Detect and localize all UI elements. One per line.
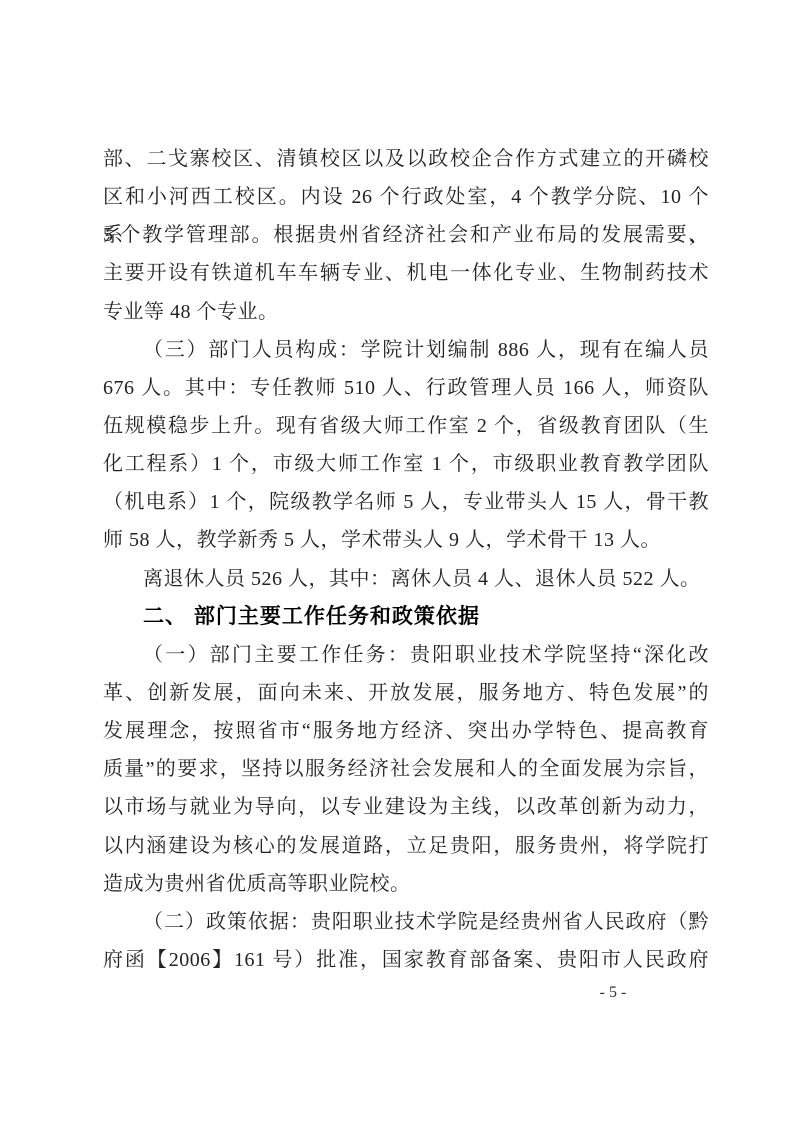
text-line: 专业等 48 个专业。 <box>103 293 709 331</box>
text-line: 676 人。其中：专任教师 510 人、行政管理人员 166 人，师资队 <box>103 369 709 407</box>
text-line: 离退休人员 526 人，其中：离休人员 4 人、退休人员 522 人。 <box>103 560 709 598</box>
text-line: 发展理念，按照省市“服务地方经济、突出办学特色、提高教育 <box>103 712 709 750</box>
text-line: 伍规模稳步上升。现有省级大师工作室 2 个，省级教育团队（生 <box>103 407 709 445</box>
text-line: 部、二戈寨校区、清镇校区以及以政校企合作方式建立的开磷校 <box>103 140 709 178</box>
page-number: - 5 - <box>563 984 663 1002</box>
text-line: （三）部门人员构成：学院计划编制 886 人，现有在编人员 <box>103 331 709 369</box>
text-line: 5 个教学管理部。根据贵州省经济社会和产业布局的发展需要， <box>103 216 709 254</box>
text-line: （机电系）1 个，院级教学名师 5 人，专业带头人 15 人，骨干教 <box>103 483 709 521</box>
document-page: 部、二戈寨校区、清镇校区以及以政校企合作方式建立的开磷校区和小河西工校区。内设 … <box>0 0 793 1122</box>
text-line: 以内涵建设为核心的发展道路，立足贵阳，服务贵州，将学院打 <box>103 827 709 865</box>
text-line: 造成为贵州省优质高等职业院校。 <box>103 865 709 903</box>
text-line: 主要开设有铁道机车车辆专业、机电一体化专业、生物制药技术 <box>103 254 709 292</box>
text-line: 区和小河西工校区。内设 26 个行政处室，4 个教学分院、10 个系、 <box>103 178 709 216</box>
text-line: （一）部门主要工作任务：贵阳职业技术学院坚持“深化改 <box>103 636 709 674</box>
document-body: 部、二戈寨校区、清镇校区以及以政校企合作方式建立的开磷校区和小河西工校区。内设 … <box>103 140 709 979</box>
text-line: 化工程系）1 个，市级大师工作室 1 个，市级职业教育教学团队 <box>103 445 709 483</box>
text-line: （二）政策依据：贵阳职业技术学院是经贵州省人民政府（黔 <box>103 903 709 941</box>
text-line: 以市场与就业为导向，以专业建设为主线，以改革创新为动力， <box>103 788 709 826</box>
text-line: 府函【2006】161 号）批准，国家教育部备案、贵阳市人民政府 <box>103 941 709 979</box>
section-heading: 二、 部门主要工作任务和政策依据 <box>103 598 709 636</box>
text-line: 师 58 人，教学新秀 5 人，学术带头人 9 人，学术骨干 13 人。 <box>103 521 709 559</box>
text-line: 革、创新发展，面向未来、开放发展，服务地方、特色发展”的 <box>103 674 709 712</box>
text-line: 质量”的要求，坚持以服务经济社会发展和人的全面发展为宗旨， <box>103 750 709 788</box>
